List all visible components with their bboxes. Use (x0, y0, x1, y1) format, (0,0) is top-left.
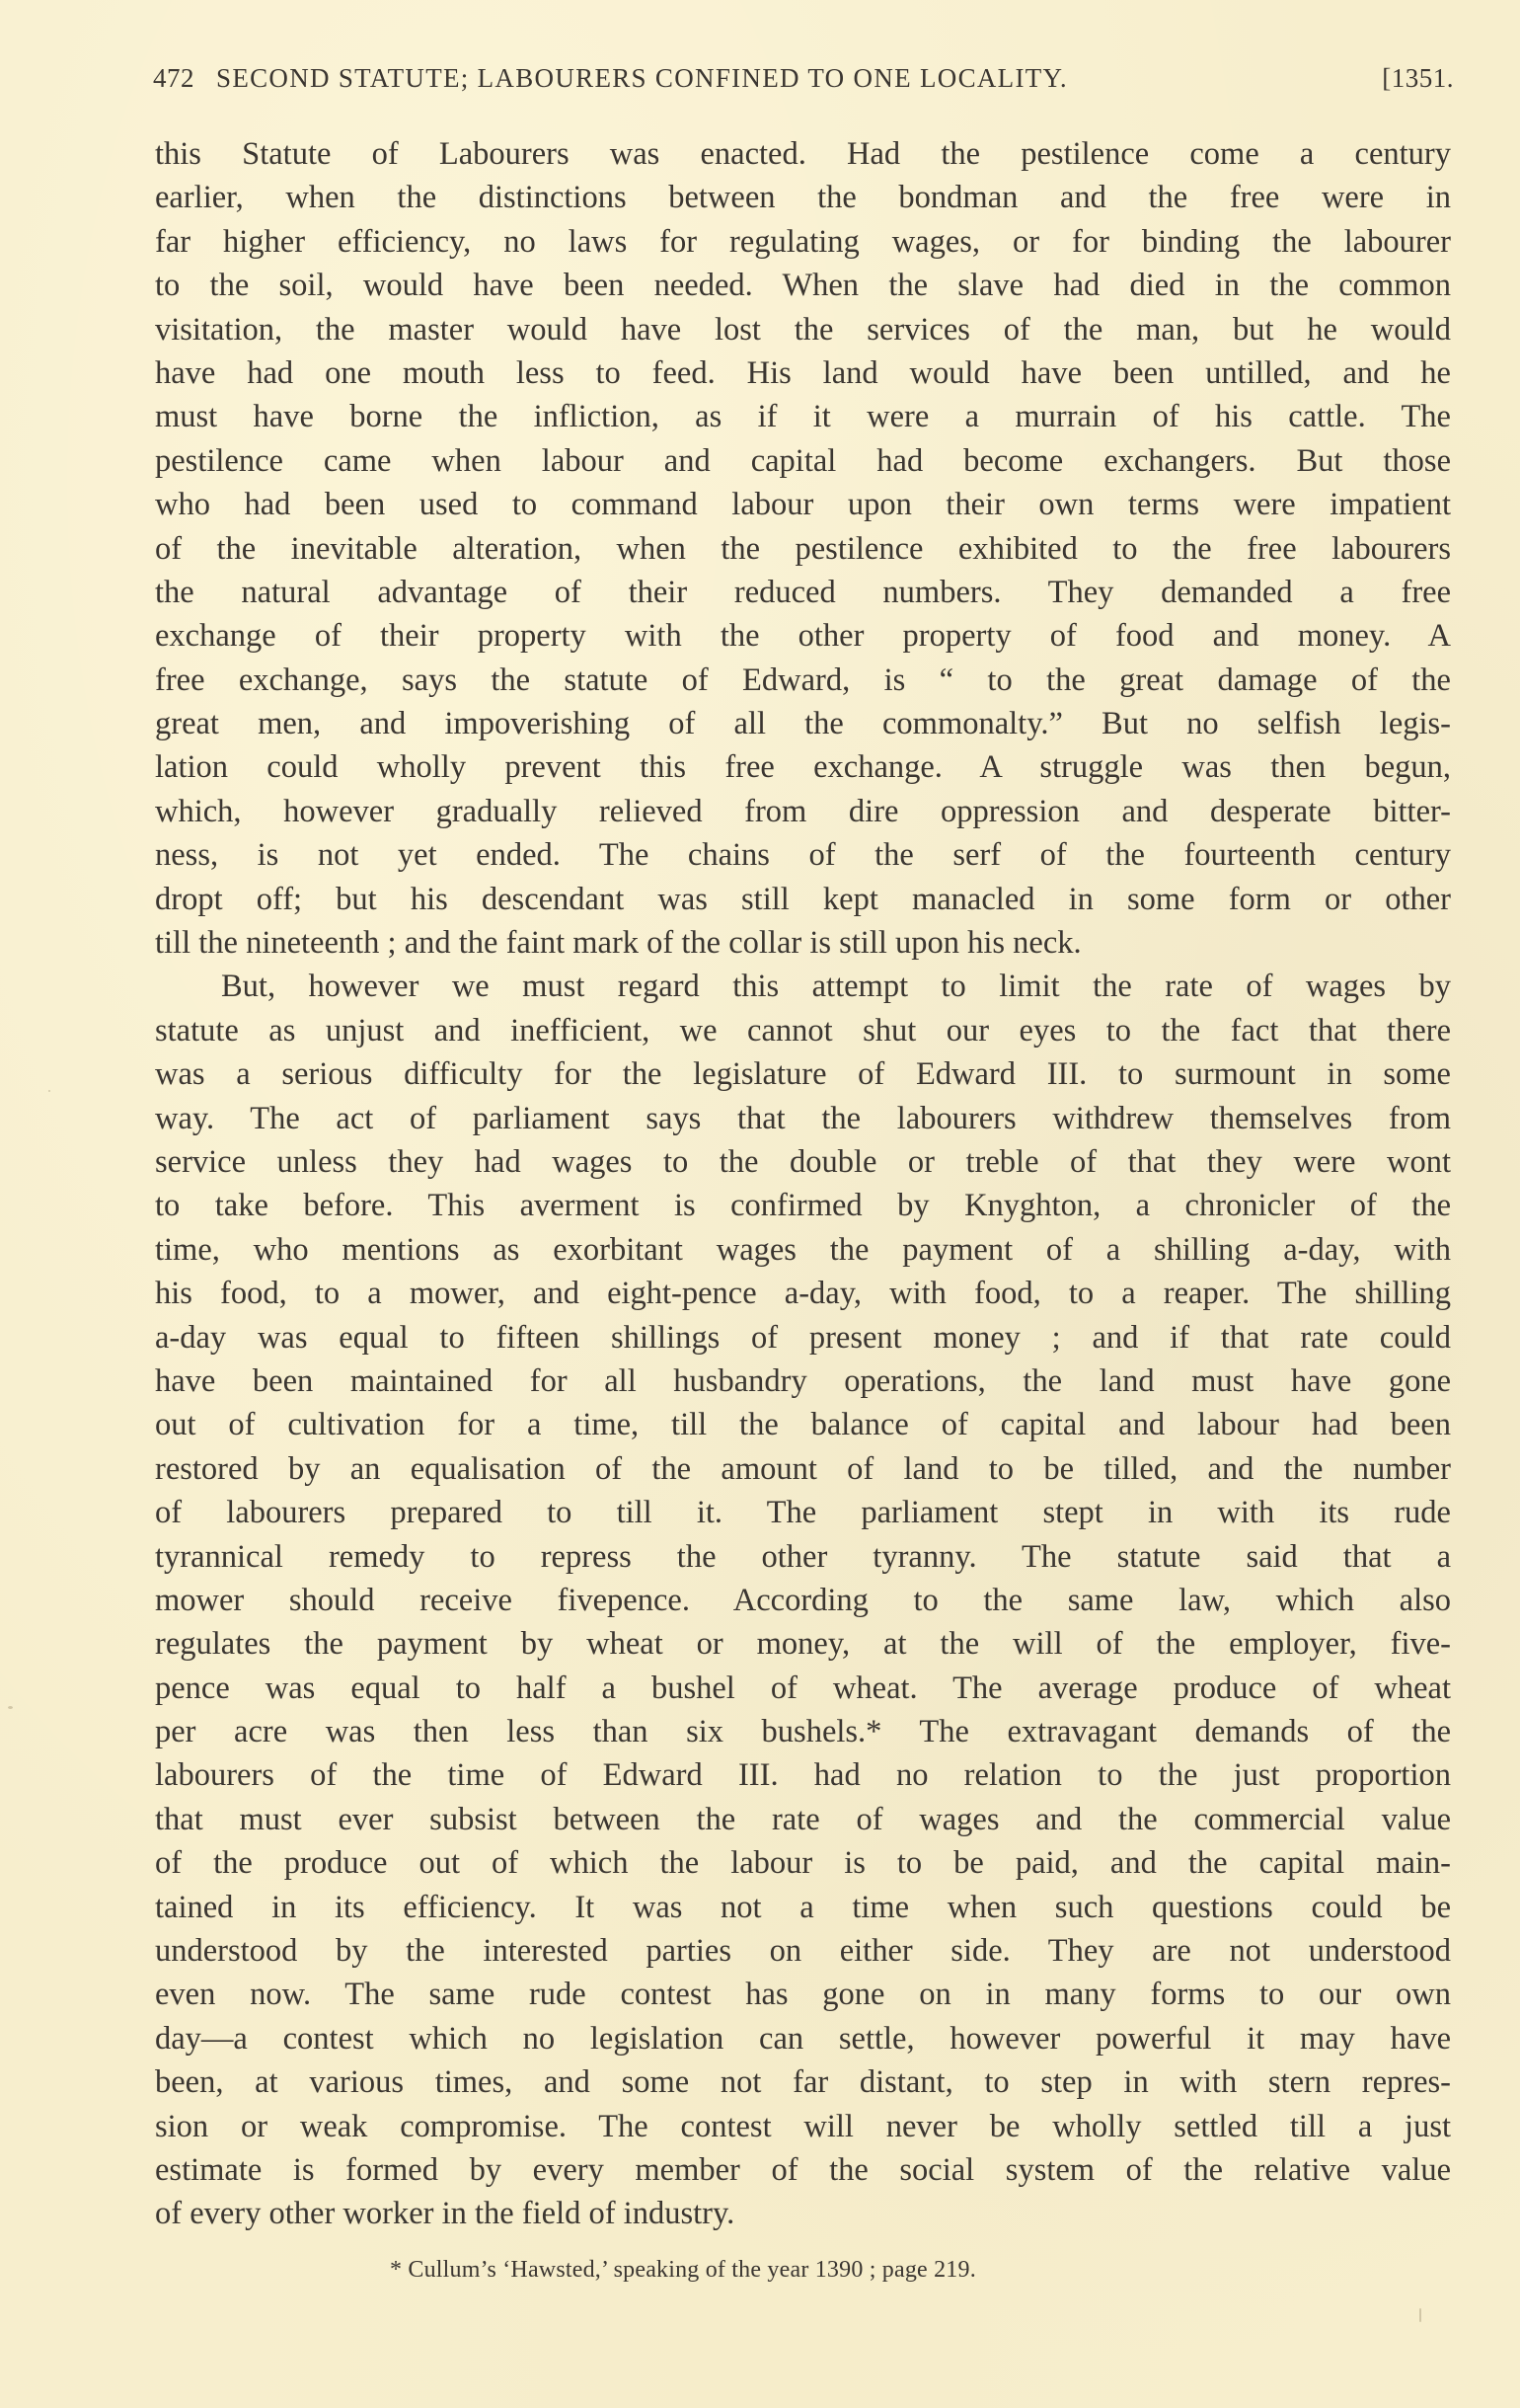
book-page: 472 SECOND STATUTE; LABOURERS CONFINED T… (0, 0, 1520, 2408)
text-line: statute as unjust and inefficient, we ca… (155, 1009, 1451, 1052)
text-line: tained in its efficiency. It was not a t… (155, 1886, 1451, 1929)
text-line: visitation, the master would have lost t… (155, 308, 1451, 351)
text-line: way. The act of parliament says that the… (155, 1097, 1451, 1140)
text-line: exchange of their property with the othe… (155, 614, 1451, 658)
text-line: pestilence came when labour and capital … (155, 439, 1451, 483)
running-head-year: [1351. (1382, 63, 1454, 94)
text-line: labourers of the time of Edward III. had… (155, 1753, 1451, 1797)
page-number: 472 (153, 63, 194, 94)
text-line: sion or weak compromise. The contest wil… (155, 2105, 1451, 2148)
text-line: ness, is not yet ended. The chains of th… (155, 833, 1451, 877)
text-line: to the soil, would have been needed. Whe… (155, 264, 1451, 307)
text-line: of every other worker in the field of in… (155, 2192, 1451, 2235)
paragraph-1: this Statute of Labourers was enacted. H… (155, 132, 1451, 965)
text-line: of labourers prepared to till it. The pa… (155, 1491, 1451, 1534)
text-line: who had been used to command labour upon… (155, 483, 1451, 526)
text-line: time, who mentions as exorbitant wages t… (155, 1228, 1451, 1272)
text-line: mower should receive fivepence. Accordin… (155, 1579, 1451, 1622)
text-line: far higher efficiency, no laws for regul… (155, 220, 1451, 264)
paper-speck (1419, 2308, 1421, 2322)
text-line: lation could wholly prevent this free ex… (155, 745, 1451, 789)
text-line: service unless they had wages to the dou… (155, 1140, 1451, 1184)
text-line: been, at various times, and some not far… (155, 2060, 1451, 2104)
text-line: must have borne the infliction, as if it… (155, 395, 1451, 438)
body-text: this Statute of Labourers was enacted. H… (155, 132, 1451, 2236)
text-line: free exchange, says the statute of Edwar… (155, 659, 1451, 702)
paper-speck (8, 1706, 13, 1709)
text-line: to take before. This averment is confirm… (155, 1184, 1451, 1227)
running-head: 472 SECOND STATUTE; LABOURERS CONFINED T… (153, 63, 1454, 94)
text-line: out of cultivation for a time, till the … (155, 1403, 1451, 1446)
text-line: great men, and impoverishing of all the … (155, 702, 1451, 745)
text-line: earlier, when the distinctions between t… (155, 176, 1451, 219)
text-line: have been maintained for all husbandry o… (155, 1359, 1451, 1403)
text-line: have had one mouth less to feed. His lan… (155, 351, 1451, 395)
text-line: tyrannical remedy to repress the other t… (155, 1535, 1451, 1579)
text-line: was a serious difficulty for the legisla… (155, 1052, 1451, 1096)
paper-speck (48, 1090, 50, 1092)
text-line: dropt off; but his descendant was still … (155, 878, 1451, 921)
text-line: this Statute of Labourers was enacted. H… (155, 132, 1451, 176)
text-line: restored by an equalisation of the amoun… (155, 1447, 1451, 1491)
text-line: pence was equal to half a bushel of whea… (155, 1667, 1451, 1710)
text-line: even now. The same rude contest has gone… (155, 1973, 1451, 2016)
text-line: his food, to a mower, and eight-pence a-… (155, 1272, 1451, 1315)
text-line: day—a contest which no legislation can s… (155, 2017, 1451, 2060)
text-line: which, however gradually relieved from d… (155, 790, 1451, 833)
text-line: till the nineteenth ; and the faint mark… (155, 921, 1451, 965)
footnote: * Cullum’s ‘Hawsted,’ speaking of the ye… (390, 2257, 976, 2284)
text-line: regulates the payment by wheat or money,… (155, 1622, 1451, 1666)
text-line: a-day was equal to fifteen shillings of … (155, 1316, 1451, 1359)
text-line: But, however we must regard this attempt… (155, 965, 1451, 1008)
text-line: understood by the interested parties on … (155, 1929, 1451, 1973)
text-line: that must ever subsist between the rate … (155, 1798, 1451, 1841)
text-line: per acre was then less than six bushels.… (155, 1710, 1451, 1753)
paragraph-2: But, however we must regard this attempt… (155, 965, 1451, 2235)
text-line: the natural advantage of their reduced n… (155, 571, 1451, 614)
text-line: of the inevitable alteration, when the p… (155, 527, 1451, 571)
text-line: estimate is formed by every member of th… (155, 2148, 1451, 2192)
running-head-title: SECOND STATUTE; LABOURERS CONFINED TO ON… (216, 63, 1372, 94)
text-line: of the produce out of which the labour i… (155, 1841, 1451, 1885)
